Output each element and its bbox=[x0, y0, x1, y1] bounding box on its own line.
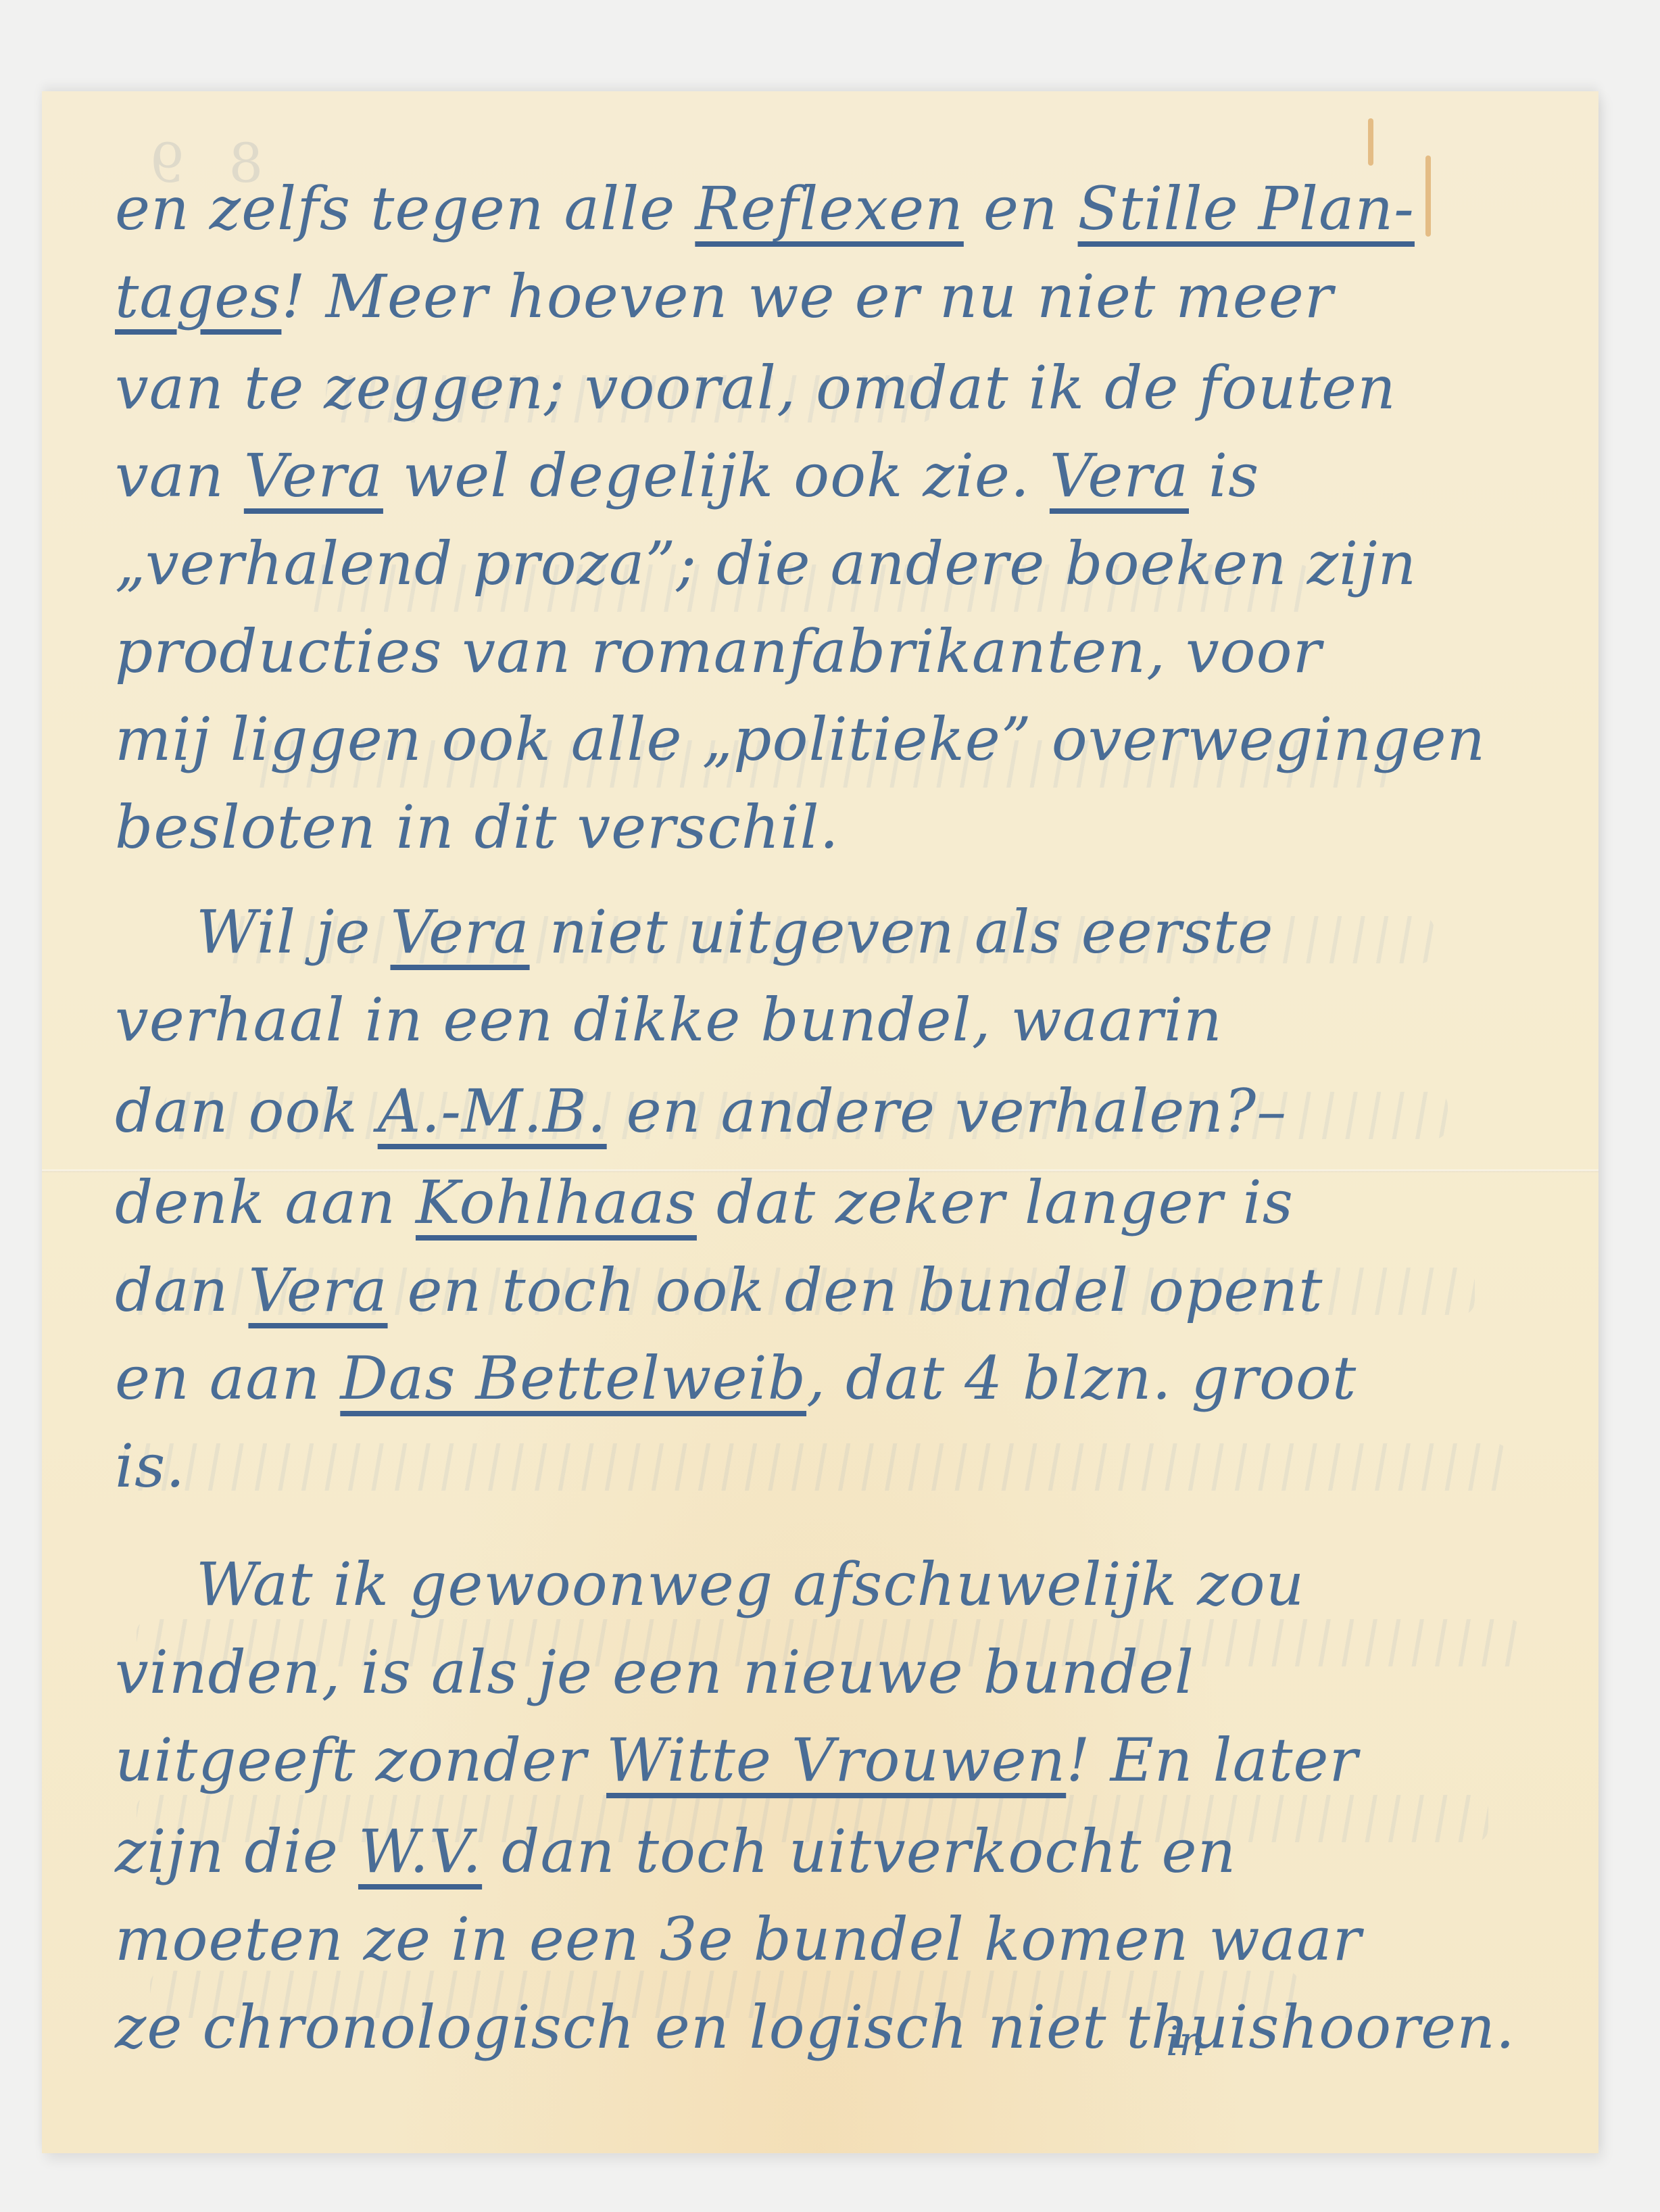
text-run: dan bbox=[115, 1255, 248, 1325]
underlined-title: Das Bettelweib bbox=[340, 1343, 806, 1413]
underlined-title: W.V. bbox=[358, 1817, 482, 1886]
text-line: tages! Meer hoeven we er nu niet meer bbox=[115, 267, 1334, 327]
text-run: ze chronologisch en logisch niet thuisho… bbox=[115, 1992, 1515, 2062]
text-line: ze chronologisch en logisch niet thuisho… bbox=[115, 1998, 1515, 2057]
text-run: vinden, is als je een nieuwe bundel bbox=[115, 1637, 1194, 1707]
text-line: zijn die W.V. dan toch uitverkocht en bbox=[115, 1822, 1236, 1881]
underlined-title: Vera bbox=[244, 441, 383, 510]
text-line: van Vera wel degelijk ook zie. Vera is bbox=[115, 446, 1259, 506]
text-line: Wat ik gewoonweg afschuwelijk zou bbox=[115, 1555, 1304, 1614]
text-line: verhaal in een dikke bundel, waarin bbox=[115, 990, 1223, 1050]
text-run: en zelfs tegen alle bbox=[115, 174, 695, 243]
text-run: en bbox=[964, 174, 1078, 243]
text-run: en aan bbox=[115, 1343, 340, 1413]
underlined-title: tages bbox=[115, 262, 281, 331]
text-run: dan toch uitverkocht en bbox=[482, 1817, 1236, 1886]
text-run: producties van romanfabrikanten, voor bbox=[115, 617, 1322, 686]
underlined-title: Vera bbox=[1050, 441, 1189, 510]
text-run: ! Meer hoeven we er nu niet meer bbox=[281, 262, 1334, 331]
rust-stain bbox=[1425, 155, 1431, 237]
underlined-title: Reflexen bbox=[695, 174, 964, 243]
text-run: en toch ook den bundel opent bbox=[388, 1255, 1323, 1325]
text-run: denk aan bbox=[115, 1168, 416, 1237]
text-run: van bbox=[115, 441, 244, 510]
text-line: van te zeggen; vooral, omdat ik de foute… bbox=[115, 358, 1396, 418]
text-run: besloten in dit verschil. bbox=[115, 792, 839, 862]
text-line: mij liggen ook alle „politieke” overwegi… bbox=[115, 710, 1486, 769]
underlined-title: Vera bbox=[391, 897, 530, 967]
text-line: en aan Das Bettelweib, dat 4 blzn. groot bbox=[115, 1349, 1357, 1408]
text-run: Wil je bbox=[196, 897, 391, 967]
text-run: mij liggen ook alle „politieke” overwegi… bbox=[115, 704, 1486, 774]
text-run: van te zeggen; vooral, omdat ik de foute… bbox=[115, 353, 1396, 423]
text-line: dan Vera en toch ook den bundel opent bbox=[115, 1261, 1323, 1320]
text-run: zijn die bbox=[115, 1817, 358, 1886]
text-line: is. bbox=[115, 1437, 185, 1496]
text-run: verhaal in een dikke bundel, waarin bbox=[115, 985, 1223, 1055]
text-run: dat zeker langer is bbox=[697, 1168, 1294, 1237]
rust-stain bbox=[1368, 118, 1373, 166]
text-run: , dat 4 blzn. groot bbox=[806, 1343, 1357, 1413]
text-run: wel degelijk ook zie. bbox=[383, 441, 1050, 510]
inserted-word: in bbox=[1166, 2018, 1205, 2065]
text-run: is bbox=[1189, 441, 1259, 510]
underlined-title: Vera bbox=[248, 1255, 387, 1325]
text-line: uitgeeft zonder Witte Vrouwen! En later bbox=[115, 1731, 1359, 1790]
text-run: ! En later bbox=[1066, 1725, 1358, 1795]
underlined-title: Kohlhaas bbox=[416, 1168, 697, 1237]
text-run: Wat ik gewoonweg afschuwelijk zou bbox=[196, 1549, 1304, 1619]
text-line: denk aan Kohlhaas dat zeker langer is bbox=[115, 1173, 1294, 1232]
text-line: besloten in dit verschil. bbox=[115, 798, 839, 857]
text-line: vinden, is als je een nieuwe bundel bbox=[115, 1643, 1194, 1702]
text-run: is. bbox=[115, 1431, 185, 1501]
underlined-title: Stille Plan- bbox=[1078, 174, 1415, 243]
text-run: niet uitgeven als eerste bbox=[530, 897, 1274, 967]
underlined-title: Witte Vrouwen bbox=[606, 1725, 1066, 1795]
text-line: moeten ze in een 3e bundel komen waar bbox=[115, 1910, 1362, 1969]
text-line: producties van romanfabrikanten, voor bbox=[115, 622, 1322, 681]
text-line: en zelfs tegen alle Reflexen en Stille P… bbox=[115, 179, 1415, 239]
text-run: uitgeeft zonder bbox=[115, 1725, 606, 1795]
text-line: Wil je Vera niet uitgeven als eerste bbox=[115, 903, 1273, 962]
text-run: dan ook bbox=[115, 1076, 378, 1146]
text-run: moeten ze in een 3e bundel komen waar bbox=[115, 1904, 1362, 1974]
text-line: „verhalend proza”; die andere boeken zij… bbox=[115, 534, 1417, 594]
text-run: „verhalend proza”; die andere boeken zij… bbox=[115, 529, 1417, 598]
text-run: en andere verhalen?– bbox=[607, 1076, 1287, 1146]
underlined-title: A.-M.B. bbox=[378, 1076, 607, 1146]
text-line: dan ook A.-M.B. en andere verhalen?– bbox=[115, 1082, 1287, 1141]
